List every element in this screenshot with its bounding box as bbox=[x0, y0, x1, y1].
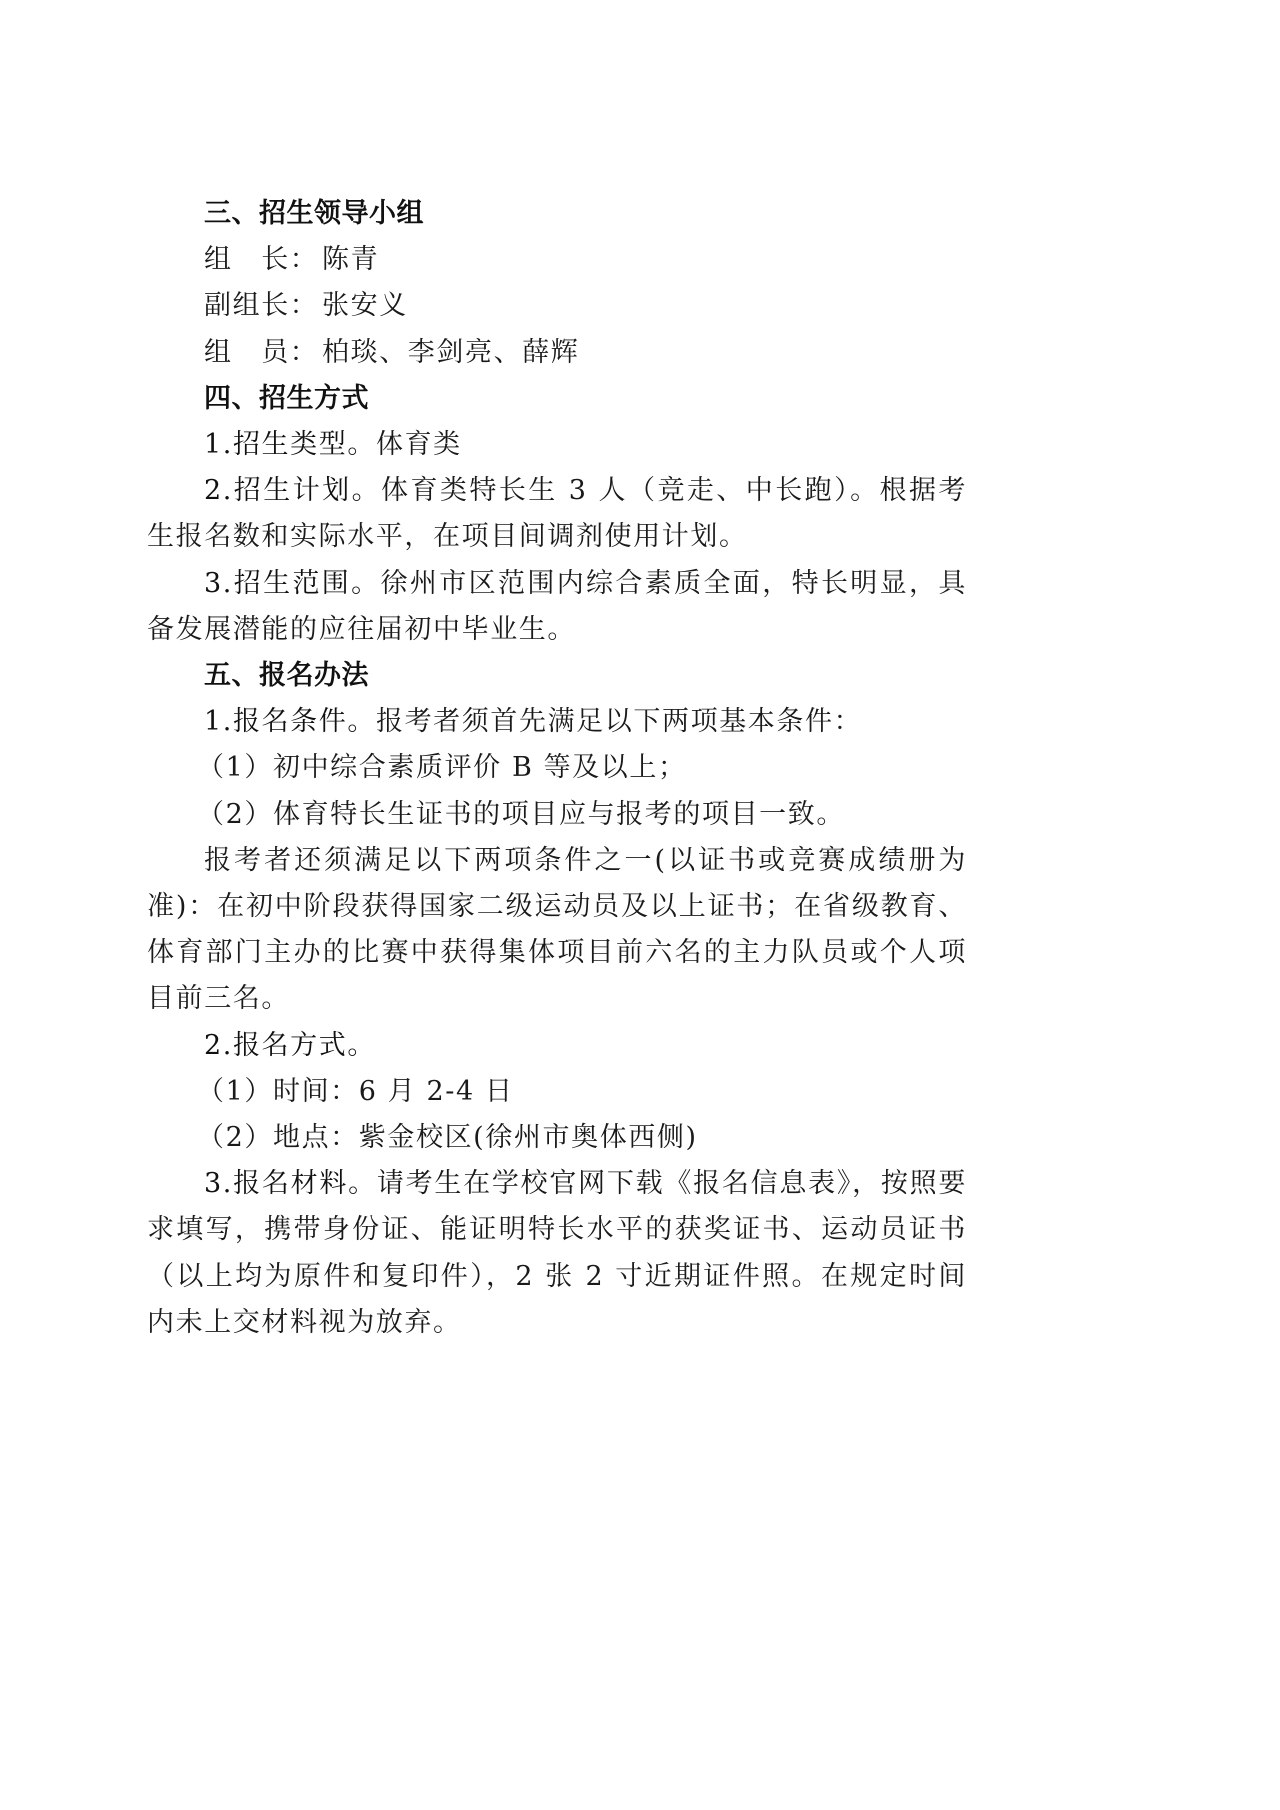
registration-materials-paragraph: 3.报名材料。请考生在学校官网下载《报名信息表》，按照要求填写，携带身份证、能证… bbox=[147, 1161, 967, 1346]
leader-line: 组 长：陈青 bbox=[147, 237, 967, 283]
leader-value: 陈青 bbox=[322, 244, 379, 275]
section-heading-leadership-group: 三、招生领导小组 bbox=[147, 191, 967, 237]
deputy-label: 副组长： bbox=[204, 283, 322, 329]
admission-plan-paragraph: 2.招生计划。体育类特长生 3 人（竞走、中长跑）。根据考生报名数和实际水平，在… bbox=[147, 468, 967, 560]
deputy-line: 副组长：张安义 bbox=[147, 283, 967, 329]
members-line: 组 员：柏琰、李剑亮、薛辉 bbox=[147, 330, 967, 376]
condition-item-2: （2）体育特长生证书的项目应与报考的项目一致。 bbox=[147, 792, 967, 838]
registration-materials-lead: 3.报名材料。 bbox=[204, 1168, 377, 1199]
registration-location: （2）地点：紫金校区(徐州市奥体西侧) bbox=[147, 1115, 967, 1161]
registration-time: （1）时间：6 月 2-4 日 bbox=[147, 1069, 967, 1115]
registration-conditions-text: 报考者须首先满足以下两项基本条件： bbox=[376, 706, 862, 737]
extra-conditions-paragraph: 报考者还须满足以下两项条件之一(以证书或竞赛成绩册为准)：在初中阶段获得国家二级… bbox=[147, 838, 967, 1023]
condition-item-1: （1）初中综合素质评价 B 等及以上； bbox=[147, 745, 967, 791]
leader-label: 组 长： bbox=[204, 237, 322, 283]
registration-conditions-paragraph: 1.报名条件。报考者须首先满足以下两项基本条件： bbox=[147, 699, 967, 745]
section-heading-registration: 五、报名办法 bbox=[147, 653, 967, 699]
admission-type-paragraph: 1.招生类型。体育类 bbox=[147, 422, 967, 468]
registration-method-paragraph: 2.报名方式。 bbox=[147, 1023, 967, 1069]
admission-scope-lead: 3.招生范围。 bbox=[204, 568, 381, 599]
document-page: 三、招生领导小组 组 长：陈青 副组长：张安义 组 员：柏琰、李剑亮、薛辉 四、… bbox=[147, 191, 967, 1346]
registration-method-lead: 2.报名方式。 bbox=[204, 1030, 376, 1061]
registration-conditions-lead: 1.报名条件。 bbox=[204, 706, 376, 737]
admission-scope-paragraph: 3.招生范围。徐州市区范围内综合素质全面，特长明显，具备发展潜能的应往届初中毕业… bbox=[147, 561, 967, 653]
members-value: 柏琰、李剑亮、薛辉 bbox=[322, 337, 579, 368]
admission-type-text: 体育类 bbox=[376, 429, 462, 460]
section-heading-admission-method: 四、招生方式 bbox=[147, 376, 967, 422]
admission-plan-lead: 2.招生计划。 bbox=[204, 475, 381, 506]
members-label: 组 员： bbox=[204, 330, 322, 376]
admission-type-lead: 1.招生类型。 bbox=[204, 429, 376, 460]
deputy-value: 张安义 bbox=[322, 290, 408, 321]
